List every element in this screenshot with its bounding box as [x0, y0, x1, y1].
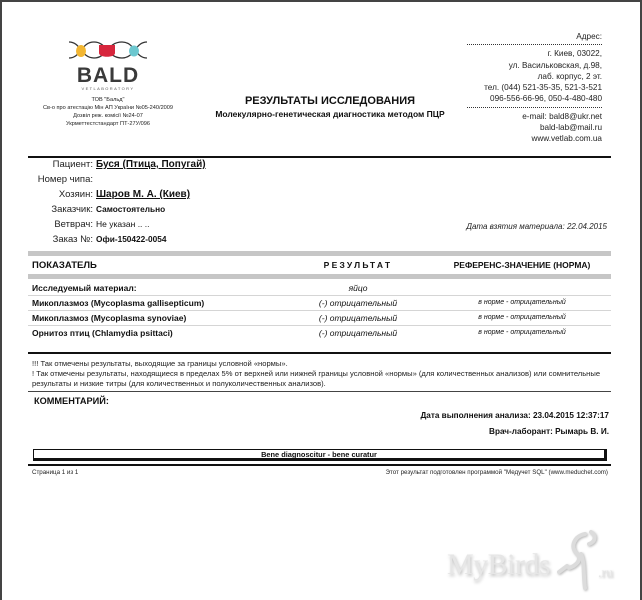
patient-row: Пациент: Буся (Птица, Попугай)	[28, 159, 611, 174]
cell-reference	[433, 281, 611, 295]
sample-date: Дата взятия материала: 22.04.2015	[466, 222, 607, 231]
results-table: Исследуемый материал: яйцо Микоплазмоз (…	[28, 281, 611, 340]
table-row: Орнитоз птиц (Chlamydia psittaci) (-) от…	[28, 326, 611, 340]
report-title: РЕЗУЛЬТАТЫ ИССЛЕДОВАНИЯ	[190, 94, 470, 108]
page-number: Страница 1 из 1	[32, 469, 78, 476]
table-row: Микоплазмоз (Mycoplasma gallisepticum) (…	[28, 296, 611, 311]
vet-label: Ветврач:	[28, 219, 96, 230]
lab-subtitle: VETLABORATORY	[18, 86, 198, 92]
notes-divider	[28, 391, 611, 392]
phone-line: тел. (044) 521-35-35, 521-3-521	[467, 82, 602, 93]
header-divider	[28, 156, 611, 158]
cell-reference: в норме - отрицательный	[433, 311, 611, 325]
address-line: лаб. корпус, 2 эт.	[467, 71, 602, 82]
phone-line: 096-556-66-96, 050-4-480-480	[467, 93, 602, 104]
patient-label: Пациент:	[28, 159, 96, 170]
address-separator	[467, 44, 602, 45]
cell-result: (-) отрицательный	[283, 311, 433, 325]
table-row: Исследуемый материал: яйцо	[28, 281, 611, 296]
cell-reference: в норме - отрицательный	[433, 326, 611, 340]
org-line: Св-о про атестацію Мін АП України №05-24…	[18, 104, 198, 112]
vet-value: Не указан .. ..	[96, 219, 150, 229]
lab-logo-block: BALD VETLABORATORY ТОВ "Бальд" Св-о про …	[18, 36, 198, 128]
legend-notes: !!! Так отмечены результаты, выходящие з…	[32, 359, 612, 389]
org-line: Укрметтестстандарт ПТ-27У/096	[18, 120, 198, 128]
comment-label: КОММЕНТАРИЙ:	[34, 396, 109, 406]
table-header-band-bottom	[28, 274, 611, 279]
patient-value: Буся (Птица, Попугай)	[96, 159, 206, 170]
table-header-band-top	[28, 251, 611, 256]
owner-value: Шаров М. А. (Киев)	[96, 189, 190, 200]
cell-reference: в норме - отрицательный	[433, 296, 611, 310]
table-header: ПОКАЗАТЕЛЬ РЕЗУЛЬТАТ РЕФЕРЕНС-ЗНАЧЕНИЕ (…	[28, 257, 611, 273]
cell-result: (-) отрицательный	[283, 326, 433, 340]
org-details: ТОВ "Бальд" Св-о про атестацію Мін АП Ук…	[18, 96, 198, 128]
org-line: ТОВ "Бальд"	[18, 96, 198, 104]
cell-indicator: Исследуемый материал:	[28, 281, 283, 295]
watermark-text: MyBirds	[447, 548, 550, 582]
address-block: Адрес: г. Киев, 03022, ул. Васильковская…	[467, 31, 602, 145]
cell-indicator: Микоплазмоз (Mycoplasma synoviae)	[28, 311, 283, 325]
table-row: Микоплазмоз (Mycoplasma synoviae) (-) от…	[28, 311, 611, 326]
report-subtitle: Молекулярно-генетическая диагностика мет…	[190, 108, 470, 120]
column-header-indicator: ПОКАЗАТЕЛЬ	[28, 260, 283, 271]
address-label: Адрес:	[467, 31, 602, 42]
address-line: г. Киев, 03022,	[467, 48, 602, 59]
dna-logo-icon	[67, 36, 149, 64]
cell-indicator: Микоплазмоз (Mycoplasma gallisepticum)	[28, 296, 283, 310]
owner-row: Хозяин: Шаров М. А. (Киев)	[28, 189, 611, 204]
address-separator	[467, 107, 602, 108]
program-credit: Этот результат подготовлен программой "М…	[386, 469, 608, 476]
order-value: Офи-150422-0054	[96, 234, 166, 244]
customer-label: Заказчик:	[28, 204, 96, 215]
report-title-block: РЕЗУЛЬТАТЫ ИССЛЕДОВАНИЯ Молекулярно-гене…	[190, 94, 470, 120]
address-line: ул. Васильковская, д.98,	[467, 60, 602, 71]
owner-label: Хозяин:	[28, 189, 96, 200]
watermark-suffix: .ru	[598, 566, 613, 582]
cell-result: яйцо	[283, 281, 433, 295]
analysis-date: Дата выполнения анализа: 23.04.2015 12:3…	[420, 411, 609, 420]
org-line: Дозвіл реж. комісії №24-07	[18, 112, 198, 120]
chip-label: Номер чипа:	[28, 174, 96, 185]
email-line[interactable]: e-mail: bald8@ukr.net	[467, 111, 602, 122]
cell-indicator: Орнитоз птиц (Chlamydia psittaci)	[28, 326, 283, 340]
website-link[interactable]: www.vetlab.com.ua	[467, 133, 602, 144]
note-line: ! Так отмечены результаты, находящиеся в…	[32, 369, 612, 389]
chip-row: Номер чипа:	[28, 174, 611, 189]
lab-doctor: Врач-лаборант: Рымарь В. И.	[489, 427, 609, 436]
cell-result: (-) отрицательный	[283, 296, 433, 310]
motto-box: Bene diagnoscitur - bene curatur	[33, 449, 607, 461]
table-bottom-divider	[28, 352, 611, 354]
column-header-reference: РЕФЕРЕНС-ЗНАЧЕНИЕ (НОРМА)	[433, 260, 611, 270]
note-line: !!! Так отмечены результаты, выходящие з…	[32, 359, 612, 369]
customer-value: Самостоятельно	[96, 204, 165, 214]
customer-row: Заказчик: Самостоятельно	[28, 204, 611, 219]
patient-info: Пациент: Буся (Птица, Попугай) Номер чип…	[28, 159, 611, 249]
footer-divider	[28, 464, 611, 466]
bird-watermark-icon	[555, 528, 605, 593]
order-row: Заказ №: Офи-150422-0054	[28, 234, 611, 249]
lab-name: BALD	[18, 66, 198, 86]
email-line[interactable]: bald-lab@mail.ru	[467, 122, 602, 133]
column-header-result: РЕЗУЛЬТАТ	[283, 260, 433, 270]
order-label: Заказ №:	[28, 234, 96, 245]
